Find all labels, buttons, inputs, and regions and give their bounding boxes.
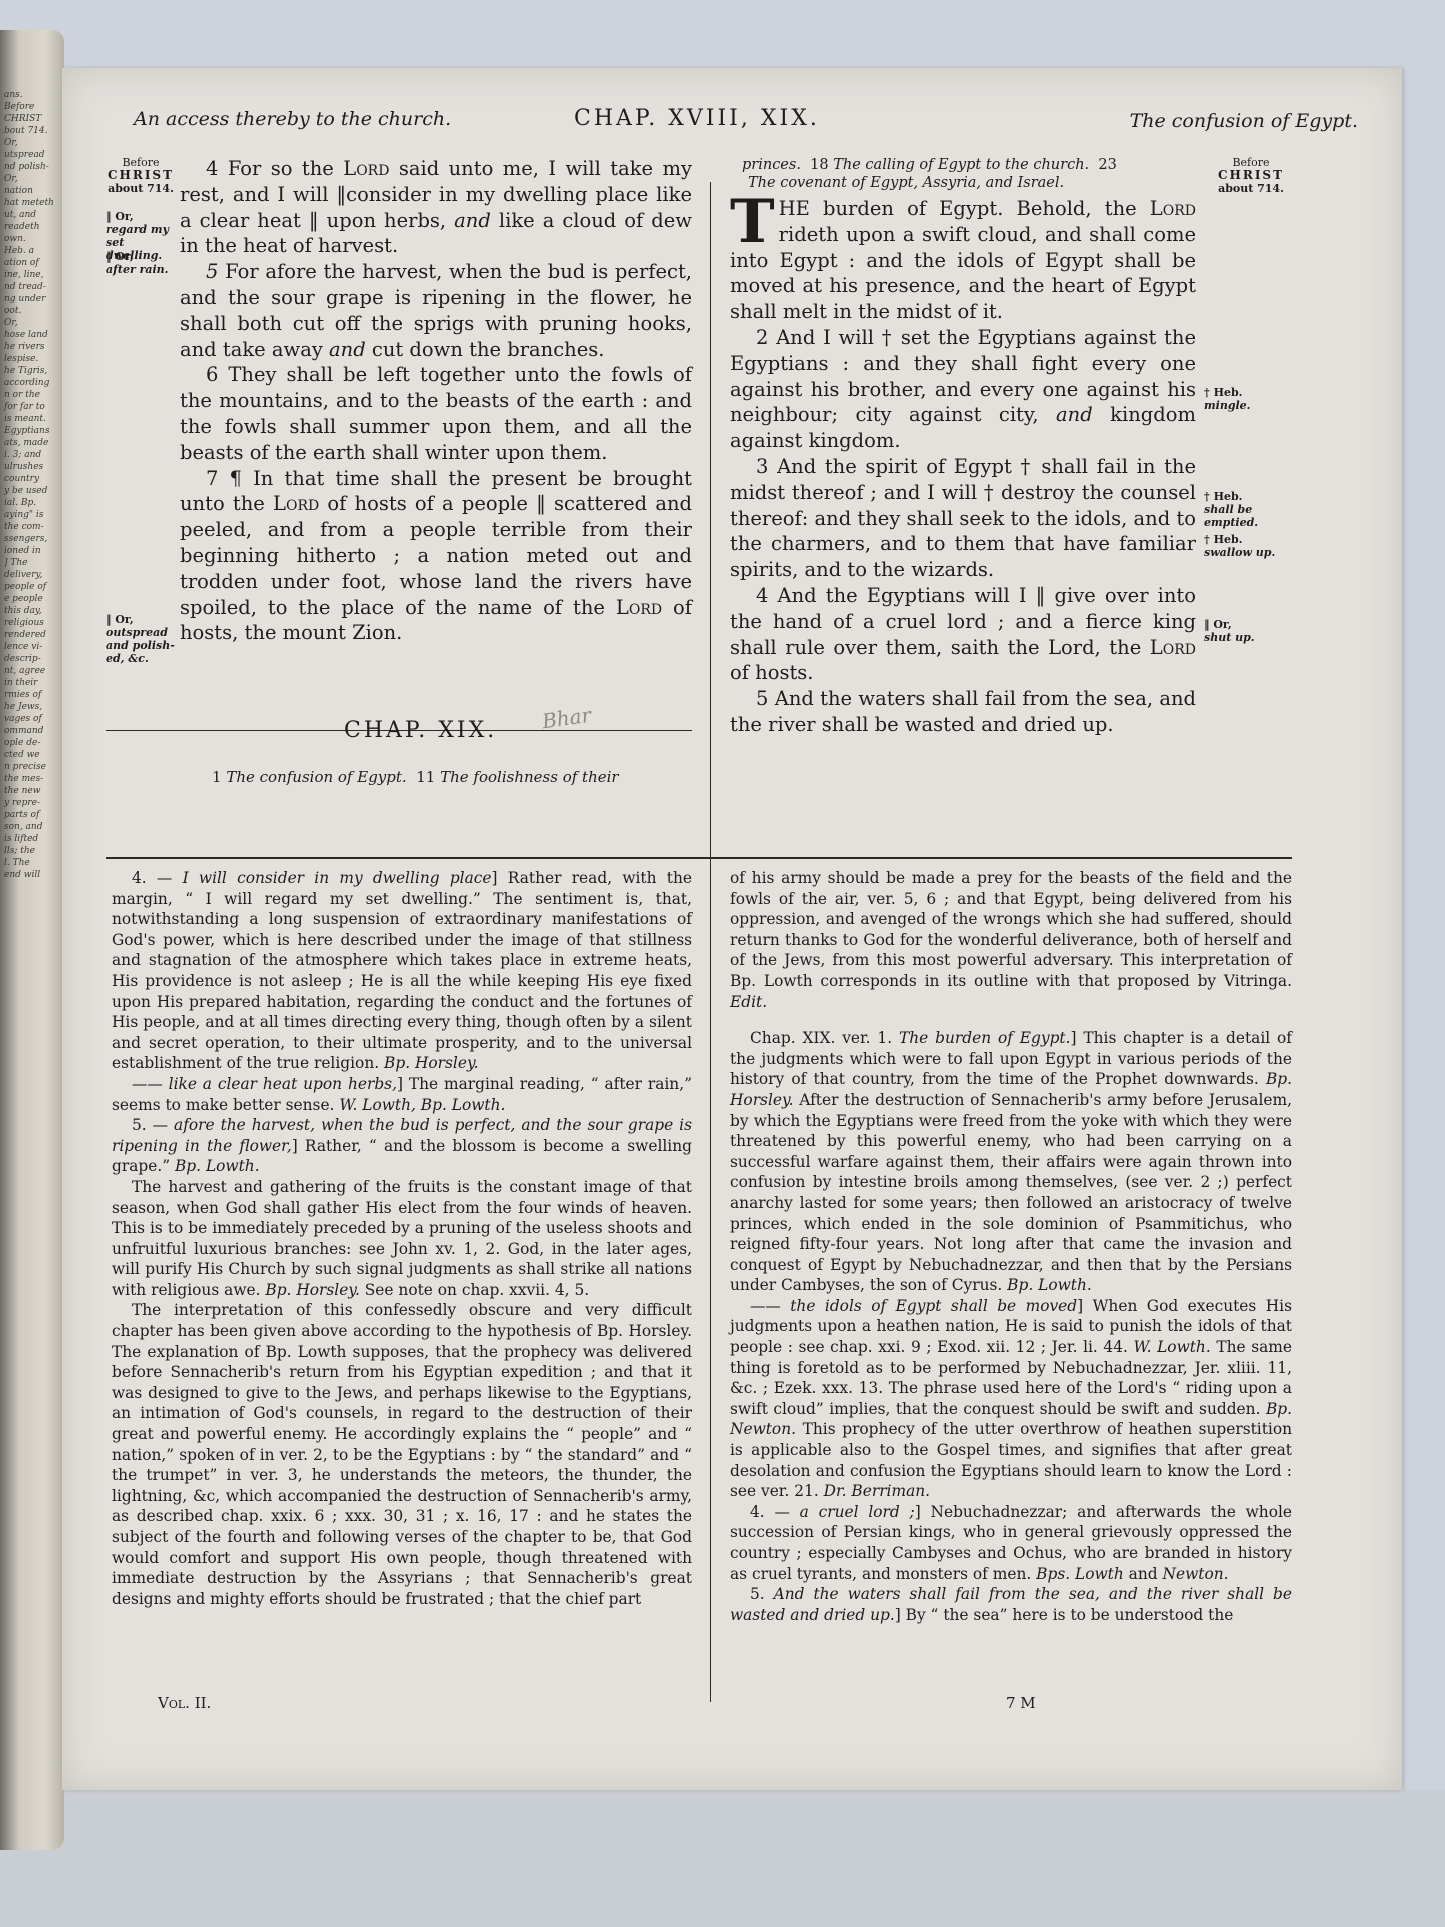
margin-note-emptied: † Heb. shall be emptied. [1204, 490, 1294, 529]
margin-note-swallow: † Heb. swallow up. [1204, 533, 1294, 559]
facing-page-line: descrip- [4, 654, 60, 665]
facing-page-line: is lifted [4, 834, 60, 845]
facing-page-text: ans.BeforeCHRISTbout 714.Or,utspreadnd p… [4, 90, 60, 882]
facing-page-line: i. 3; and [4, 450, 60, 461]
facing-page-line: hat meteth [4, 198, 60, 209]
commentary-paragraph: The interpretation of this confessedly o… [112, 1300, 692, 1609]
facing-page-line: y be used [4, 486, 60, 497]
facing-page-line: ssengers, [4, 534, 60, 545]
commentary-paragraph: 4. — I will consider in my dwelling plac… [112, 868, 692, 1074]
facing-page-line: ial. Bp. [4, 498, 60, 509]
verse-3: 3 And the spirit of Egypt † shall fail i… [730, 454, 1196, 583]
facing-page-line: ats, made [4, 438, 60, 449]
facing-page-line: he rivers [4, 342, 60, 353]
running-head-chapter: CHAP. XVIII, XIX. [574, 106, 820, 131]
facing-page-line: ople de- [4, 738, 60, 749]
facing-page-line: n precise [4, 762, 60, 773]
facing-page-line: religious [4, 618, 60, 629]
commentary-paragraph: 5. — afore the harvest, when the bud is … [112, 1115, 692, 1177]
verse-4-right: 4 And the Egyptians will I ‖ give over i… [730, 583, 1196, 686]
volume-number: Vol. II. [158, 1694, 211, 1712]
facing-page-line: delivery, [4, 570, 60, 581]
commentary-rule [106, 857, 1292, 859]
facing-page-line: ine, line, [4, 270, 60, 281]
facing-page-line: ans. [4, 90, 60, 101]
commentary-paragraph: —— like a clear heat upon herbs,] The ma… [112, 1074, 692, 1115]
facing-page-line: n or the [4, 390, 60, 401]
facing-page-line: Or, [4, 174, 60, 185]
facing-page-line: ulrushes [4, 462, 60, 473]
verse-7: 7 ¶ In that time shall the present be br… [180, 466, 692, 647]
verse-2: 2 And I will † set the Egyptians against… [730, 325, 1196, 454]
margin-note-after-rain: ‖ Or, after rain. [106, 250, 176, 276]
facing-page-line: l. The [4, 858, 60, 869]
commentary-paragraph: 4. — a cruel lord ;] Nebuchadnezzar; and… [730, 1502, 1292, 1584]
commentary-paragraph: of his army should be made a prey for th… [730, 868, 1292, 1012]
facing-page-line: nt, agree [4, 666, 60, 677]
verse-5-right: 5 And the waters shall fail from the sea… [730, 686, 1196, 738]
column-divider [710, 182, 711, 1702]
facing-page-line: he Jews, [4, 702, 60, 713]
facing-page-line: Before [4, 102, 60, 113]
facing-page-line: ioned in [4, 546, 60, 557]
verses-left: 4 For so the Lord said unto me, I will t… [180, 156, 692, 646]
facing-page-line: oot. [4, 306, 60, 317]
facing-page-line: Or, [4, 138, 60, 149]
facing-page-line: the mes- [4, 774, 60, 785]
verse-4: 4 For so the Lord said unto me, I will t… [180, 156, 692, 259]
chapter-summary: 1 The confusion of Egypt. 11 The foolish… [212, 768, 619, 787]
facing-page-line: ut, and [4, 210, 60, 221]
facing-page-line: ommand [4, 726, 60, 737]
facing-page-line: CHRIST [4, 114, 60, 125]
facing-page-line: y repre- [4, 798, 60, 809]
facing-page-line: rmies of [4, 690, 60, 701]
facing-page-line: Heb. a [4, 246, 60, 257]
margin-note-shut-up: ‖ Or, shut up. [1204, 618, 1294, 644]
facing-page-line: country [4, 474, 60, 485]
running-head-left: An access thereby to the church. [134, 108, 451, 130]
facing-page-line: ng under [4, 294, 60, 305]
facing-page-line: ] The [4, 558, 60, 569]
facing-page-line: bout 714. [4, 126, 60, 137]
facing-page-line: he Tigris, [4, 366, 60, 377]
facing-page-line: rendered [4, 630, 60, 641]
verse-5: 5 For afore the harvest, when the bud is… [180, 259, 692, 362]
facing-page-line: Or, [4, 318, 60, 329]
facing-page-line: nation [4, 186, 60, 197]
facing-page-line: son, and [4, 822, 60, 833]
running-head-right: The confusion of Egypt. [1130, 110, 1358, 132]
facing-page-line: is meant. [4, 414, 60, 425]
facing-page-line: vages of [4, 714, 60, 725]
facing-page-line: people of [4, 582, 60, 593]
margin-note-mingle: † Heb. mingle. [1204, 386, 1294, 412]
running-head: An access thereby to the church. CHAP. X… [62, 108, 1402, 138]
facing-page-edge: ans.BeforeCHRISTbout 714.Or,utspreadnd p… [0, 30, 64, 1850]
facing-page-line: lls; the [4, 846, 60, 857]
commentary-paragraph: —— the idols of Egypt shall be moved] Wh… [730, 1296, 1292, 1502]
verse-1: THE burden of Egypt. Behold, the Lord ri… [730, 196, 1196, 325]
facing-page-line: nd polish- [4, 162, 60, 173]
facing-page-line: the com- [4, 522, 60, 533]
commentary-paragraph: The harvest and gathering of the fruits … [112, 1177, 692, 1301]
facing-page-line: end will [4, 870, 60, 881]
margin-date-left: Before CHRIST about 714. [106, 156, 176, 195]
facing-page-line: hose land [4, 330, 60, 341]
commentary-right: of his army should be made a prey for th… [730, 868, 1292, 1625]
facing-page-line: lespise. [4, 354, 60, 365]
backdrop [0, 1790, 1445, 1927]
facing-page-line: lence vi- [4, 642, 60, 653]
chapter-summary-cont: princes. 18 The calling of Egypt to the … [742, 156, 1152, 192]
facing-page-line: own. [4, 234, 60, 245]
book-page: An access thereby to the church. CHAP. X… [62, 68, 1402, 1790]
facing-page-line: parts of [4, 810, 60, 821]
commentary-left: 4. — I will consider in my dwelling plac… [112, 868, 692, 1609]
signature-mark: 7 M [1006, 1694, 1036, 1712]
margin-date-right: Before CHRIST about 714. [1212, 156, 1290, 195]
facing-page-line: e people [4, 594, 60, 605]
commentary-paragraph: Chap. XIX. ver. 1. The burden of Egypt.]… [730, 1028, 1292, 1296]
facing-page-line: aying" is [4, 510, 60, 521]
verses-right: THE burden of Egypt. Behold, the Lord ri… [730, 196, 1196, 738]
facing-page-line: according [4, 378, 60, 389]
commentary-paragraph: 5. And the waters shall fail from the se… [730, 1584, 1292, 1625]
facing-page-line: Egyptians [4, 426, 60, 437]
facing-page-line: this day, [4, 606, 60, 617]
facing-page-line: nd tread- [4, 282, 60, 293]
facing-page-line: for far to [4, 402, 60, 413]
facing-page-line: utspread [4, 150, 60, 161]
facing-page-line: readeth [4, 222, 60, 233]
verse-6: 6 They shall be left together unto the f… [180, 362, 692, 465]
chapter-heading: CHAP. XIX. [344, 718, 497, 743]
facing-page-line: cted we [4, 750, 60, 761]
margin-note-outspread: ‖ Or, outspread and polish-ed, &c. [106, 613, 176, 665]
facing-page-line: ation of [4, 258, 60, 269]
facing-page-line: in their [4, 678, 60, 689]
pencil-annotation: Bhar [541, 703, 593, 734]
facing-page-line: the new [4, 786, 60, 797]
